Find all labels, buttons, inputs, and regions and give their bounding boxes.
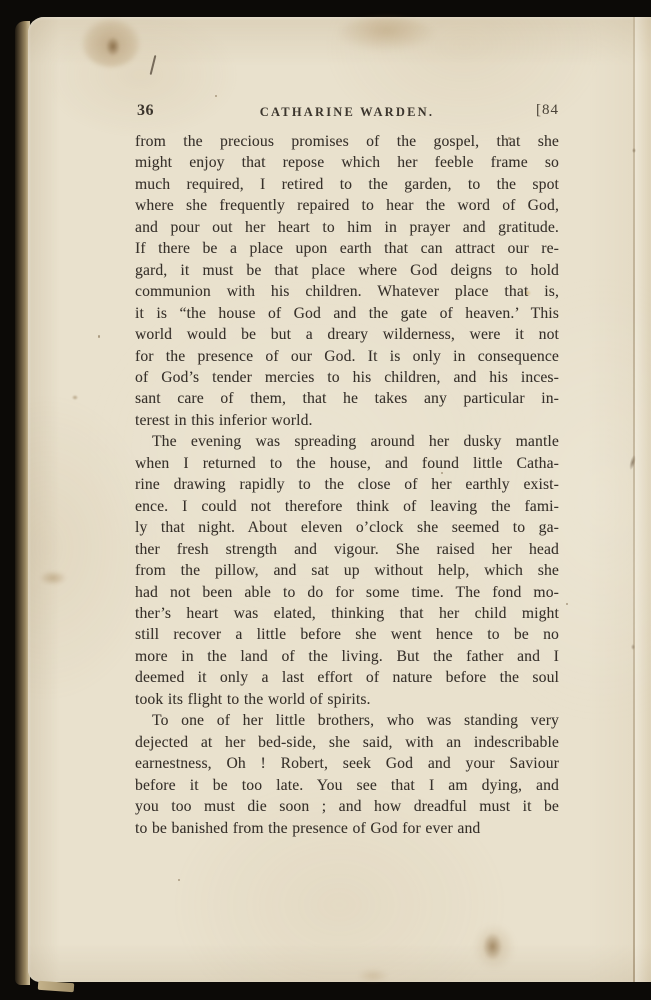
text-line: and pour out her heart to him in prayer … [135, 217, 559, 238]
text-line: world would be but a dreary wilderness, … [135, 324, 559, 345]
paragraph: The evening was spreading around her dus… [135, 431, 559, 710]
foxing-stain [483, 933, 502, 960]
text-line: ly that night. About eleven o’clock she … [135, 517, 559, 538]
text-line: for the presence of our God. It is only … [135, 346, 559, 367]
page-text: from the precious promises of the gospel… [135, 131, 559, 839]
text-line: from the precious promises of the gospel… [135, 131, 559, 152]
text-line: might enjoy that repose which her feeble… [135, 152, 559, 173]
text-line: dejected at her bed-side, she said, with… [135, 732, 559, 753]
text-line: still recover a little before she went h… [135, 624, 559, 645]
text-line: earnestness, Oh ! Robert, seek God and y… [135, 753, 559, 774]
foxing-stain [358, 969, 388, 983]
text-line: had not been able to do for some time. T… [135, 582, 559, 603]
text-line: it is “the house of God and the gate of … [135, 303, 559, 324]
text-line: you too must die soon ; and how dreadful… [135, 796, 559, 817]
foxing-stain [72, 395, 78, 400]
paragraph: from the precious promises of the gospel… [135, 131, 559, 431]
text-line: before it be too late. You see that I am… [135, 775, 559, 796]
text-line: much required, I retired to the garden, … [135, 174, 559, 195]
page-right-fold-edge [635, 17, 651, 982]
book-page: 36 CATHARINE WARDEN. [84 from the precio… [28, 17, 651, 982]
text-line: gard, it must be that place where God de… [135, 260, 559, 281]
paper-speck [215, 95, 217, 97]
text-line: more in the land of the living. But the … [135, 646, 559, 667]
foxing-stain [474, 925, 514, 969]
text-line: ther fresh strength and vigour. She rais… [135, 539, 559, 560]
text-line: from the pillow, and sat up without help… [135, 560, 559, 581]
text-line: deemed it only a last effort of nature b… [135, 667, 559, 688]
signature-mark: [84 [536, 102, 559, 119]
page-corner-sliver [38, 981, 75, 992]
text-line: ence. I could not therefore think of lea… [135, 496, 559, 517]
page-header: 36 CATHARINE WARDEN. [84 [135, 102, 559, 124]
text-line: terest in this inferior world. [135, 410, 559, 431]
crease-mark [628, 455, 636, 471]
paragraph: To one of her little brothers, who was s… [135, 710, 559, 839]
text-line: ther’s heart was elated, thinking that h… [135, 603, 559, 624]
foxing-stain [106, 37, 120, 56]
paper-speck [98, 335, 100, 338]
text-line: to be banished from the presence of God … [135, 818, 559, 839]
paper-speck [566, 603, 568, 605]
running-title: CATHARINE WARDEN. [135, 105, 559, 120]
foxing-stain [338, 17, 434, 51]
foxing-stain [40, 571, 66, 585]
text-line: communion with his children. Whatever pl… [135, 281, 559, 302]
crease-speck [631, 644, 635, 650]
text-line: rine drawing rapidly to the close of her… [135, 474, 559, 495]
text-line: The evening was spreading around her dus… [135, 431, 559, 452]
page-crease [633, 17, 635, 982]
text-line: To one of her little brothers, who was s… [135, 710, 559, 731]
text-line: took its flight to the world of spirits. [135, 689, 559, 710]
paper-speck [178, 879, 180, 881]
book-photograph: 36 CATHARINE WARDEN. [84 from the precio… [0, 0, 651, 1000]
text-line: sant care of them, that he takes any par… [135, 388, 559, 409]
text-line: where she frequently repaired to hear th… [135, 195, 559, 216]
text-line: If there be a place upon earth that can … [135, 238, 559, 259]
text-line: when I returned to the house, and found … [135, 453, 559, 474]
foxing-stain [82, 19, 140, 67]
text-line: of God’s tender mercies to his children,… [135, 367, 559, 388]
pen-mark [150, 55, 157, 75]
crease-speck [632, 148, 636, 153]
